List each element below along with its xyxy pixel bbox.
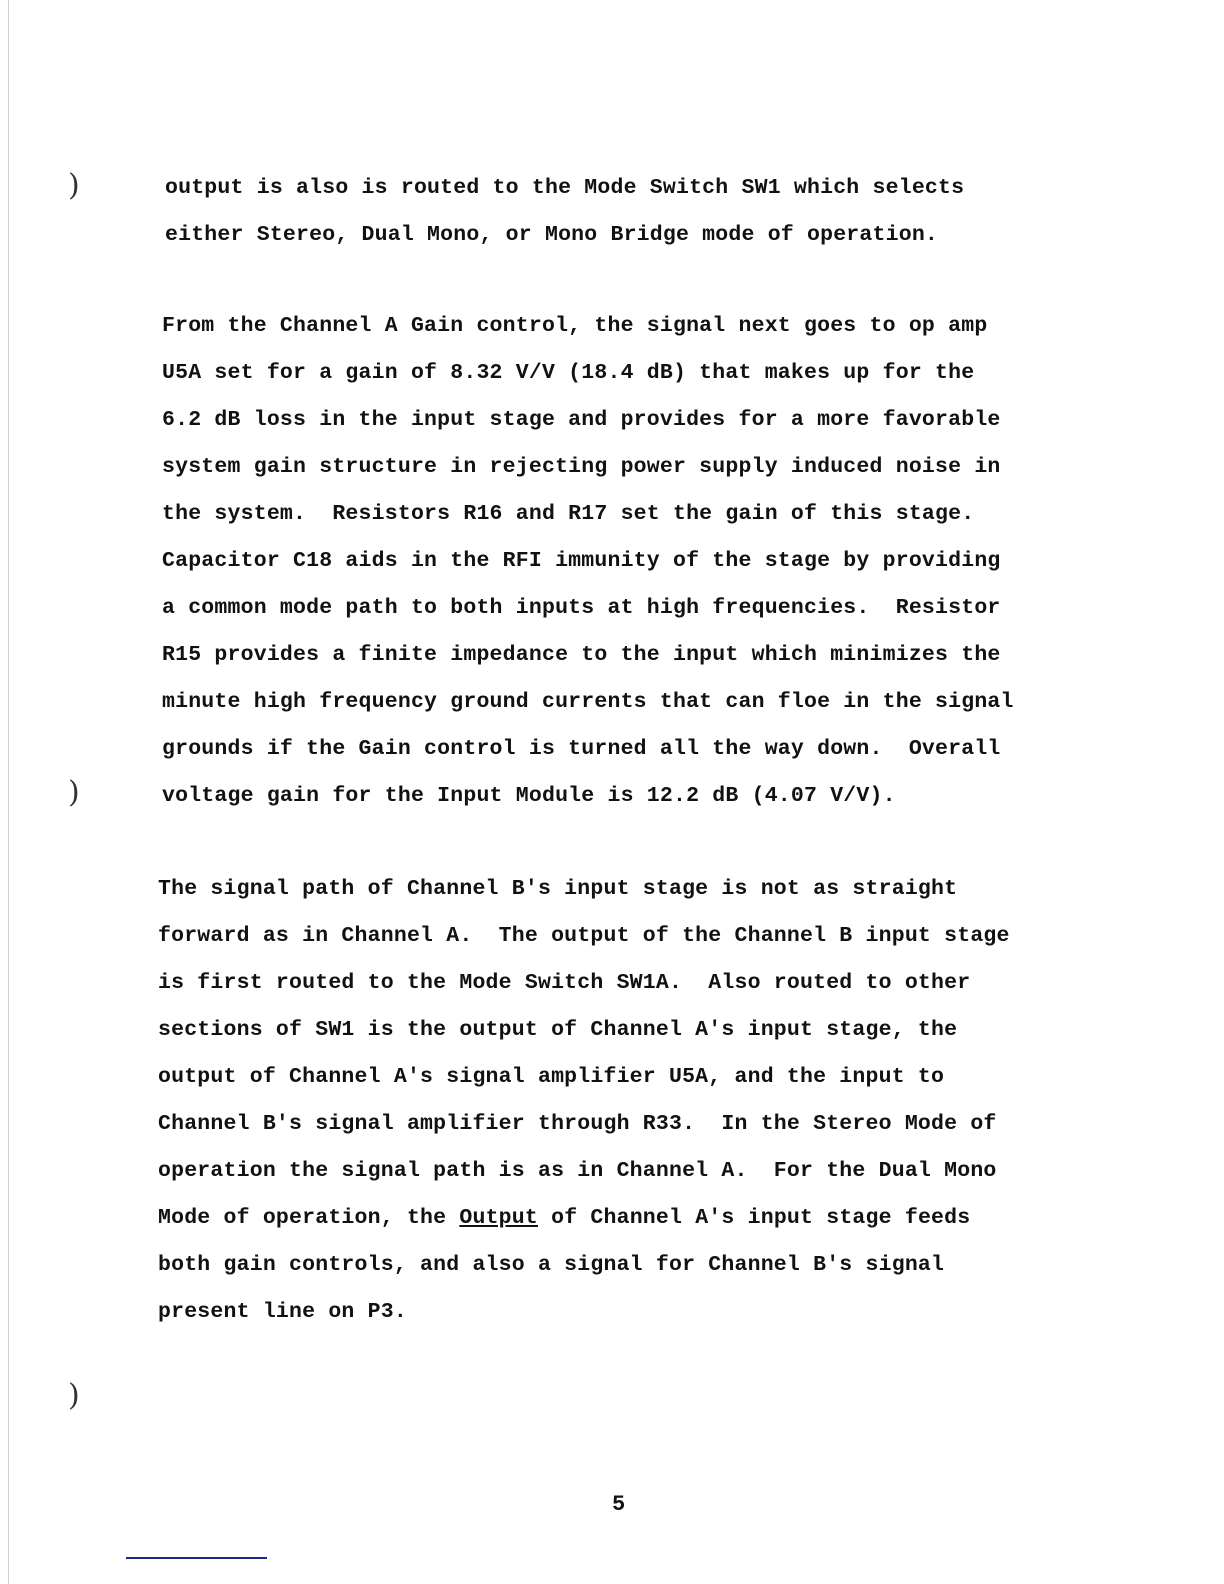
paragraph-channel-a-gain: From the Channel A Gain control, the sig… [162,303,1102,820]
text-line: the system. Resistors R16 and R17 set th… [162,491,1102,538]
text-line: is first routed to the Mode Switch SW1A.… [158,960,1098,1007]
text-line: system gain structure in rejecting power… [162,444,1102,491]
text-line: Capacitor C18 aids in the RFI immunity o… [162,538,1102,585]
text-line: 6.2 dB loss in the input stage and provi… [162,397,1102,444]
paragraph-mode-switch: output is also is routed to the Mode Swi… [165,165,1105,259]
text-line: output is also is routed to the Mode Swi… [165,165,1105,212]
text-line: grounds if the Gain control is turned al… [162,726,1102,773]
text-segment: Mode of operation, the [158,1206,459,1230]
punch-hole-mark: ) [68,775,80,810]
text-line: forward as in Channel A. The output of t… [158,913,1098,960]
text-line: U5A set for a gain of 8.32 V/V (18.4 dB)… [162,350,1102,397]
text-line: voltage gain for the Input Module is 12.… [162,773,1102,820]
text-line-with-underline: Mode of operation, the Output of Channel… [158,1195,1098,1242]
text-line: minute high frequency ground currents th… [162,679,1102,726]
text-line: sections of SW1 is the output of Channel… [158,1007,1098,1054]
text-line: present line on P3. [158,1289,1098,1336]
page-number: 5 [612,1492,625,1517]
punch-hole-mark: ) [68,168,80,203]
text-line: From the Channel A Gain control, the sig… [162,303,1102,350]
text-line: operation the signal path is as in Chann… [158,1148,1098,1195]
text-segment: of Channel A's input stage feeds [538,1206,970,1230]
text-line: a common mode path to both inputs at hig… [162,585,1102,632]
text-line: R15 provides a finite impedance to the i… [162,632,1102,679]
text-line: The signal path of Channel B's input sta… [158,866,1098,913]
scan-edge-line [8,0,9,1584]
text-line: output of Channel A's signal amplifier U… [158,1054,1098,1101]
text-line: Channel B's signal amplifier through R33… [158,1101,1098,1148]
underlined-word: Output [459,1206,538,1230]
footer-rule [126,1557,267,1559]
punch-hole-mark: ) [68,1378,80,1413]
text-line: either Stereo, Dual Mono, or Mono Bridge… [165,212,1105,259]
text-line: both gain controls, and also a signal fo… [158,1242,1098,1289]
paragraph-channel-b-path: The signal path of Channel B's input sta… [158,866,1098,1336]
